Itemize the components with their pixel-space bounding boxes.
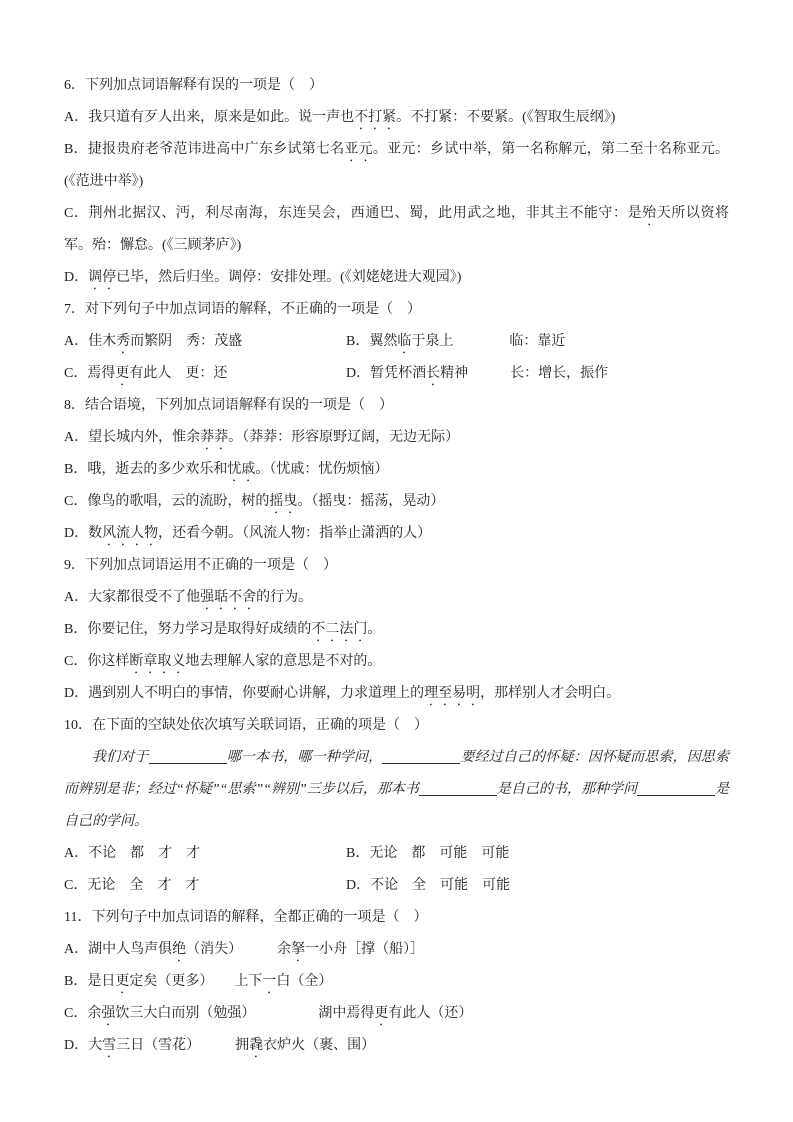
text-run: 要经过自己的怀疑：因怀疑而思索，因思索 xyxy=(460,750,729,765)
emphasized-text: 殆 xyxy=(642,206,657,221)
text-run: B．无论 都 可能 可能 xyxy=(346,846,509,861)
text-run: 8．结合语境，下列加点词语解释有误的一项是（ ） xyxy=(64,398,393,413)
q10-options-cd-left: C．无论 全 才 才 xyxy=(64,870,346,902)
q8-option-b: B．哦，逝去的多少欢乐和忧戚。（忧戚：忧伤烦恼） xyxy=(64,454,729,486)
text-run: 有此人 更：还 xyxy=(129,366,227,381)
text-run: B．你要记住，努力学习是取得好成绩的 xyxy=(64,622,311,637)
q8-option-a: A．望长城内外，惟余莽莽。（莽莽：形容原野辽阔，无边无际） xyxy=(64,422,729,454)
text-run: D．遇到别人不明白的事情，你要耐心讲解，力求道理上的 xyxy=(64,686,424,701)
q7-options-cd: C．焉得更有此人 更：还D．暂凭杯酒长精神 长：增长，振作 xyxy=(64,358,729,390)
emphasized-text: 理至易明 xyxy=(424,686,480,701)
emphasized-text: 风流人物 xyxy=(102,526,158,541)
text-run: C．焉得 xyxy=(64,366,115,381)
text-run: 三日（雪花） 拥 xyxy=(116,1038,249,1053)
text-run: 。（莽莽：形容原野辽阔，无边无际） xyxy=(228,430,459,445)
emphasized-text: 莽莽 xyxy=(200,430,228,445)
document-page: 6．下列加点词语解释有误的一项是（ ）A．我只道有歹人出来，原来是如此。说一声也… xyxy=(0,0,793,1122)
text-run: 已毕，然后归坐。调停：安排处理。(《刘姥姥进大观园》) xyxy=(116,270,461,285)
q8-option-c: C．像鸟的歌唱，云的流盼，树的摇曳。（摇曳：摇荡，晃动） xyxy=(64,486,729,518)
question-11-title: 11．下列句子中加点词语的解释，全都正确的一项是（ ） xyxy=(64,902,729,934)
text-run: 。（忧戚：忧伤烦恼） xyxy=(255,462,388,477)
text-run: ，还看今朝。（风流人物：指举止潇洒的人） xyxy=(158,526,431,541)
text-run: 。不打紧：不要紧。(《智取生辰纲》) xyxy=(396,110,615,125)
emphasized-text: 更 xyxy=(374,1006,388,1021)
text-run: 定矣（更多） 上下 xyxy=(129,974,262,989)
question-9-title: 9．下列加点词语运用不正确的一项是（ ） xyxy=(64,550,729,582)
text-run: 10．在下面的空缺处依次填写关联词语，正确的项是（ ） xyxy=(64,718,428,733)
emphasized-text: 不二法门 xyxy=(311,622,367,637)
q8-option-d: D．数风流人物，还看今朝。（风流人物：指举止潇洒的人） xyxy=(64,518,729,550)
text-run: C．余 xyxy=(64,1006,101,1021)
fill-in-blank xyxy=(382,761,460,764)
q7-options-ab: A．佳木秀而繁阴 秀：茂盛B．翼然临于泉上 临：靠近 xyxy=(64,326,729,358)
text-run: 9．下列加点词语运用不正确的一项是（ ） xyxy=(64,558,337,573)
emphasized-text: 强 xyxy=(101,1006,115,1021)
q6-option-c-line1: C．荆州北据汉、沔，利尽南海，东连吴会，西通巴、蜀，此用武之地，非其主不能守：是… xyxy=(64,198,729,230)
emphasized-text: 摇曳 xyxy=(269,494,297,509)
emphasized-text: 秀 xyxy=(116,334,130,349)
emphasized-text: 亚元 xyxy=(344,142,373,157)
text-run: 地去理解人家的意思是不对的。 xyxy=(185,654,381,669)
q9-option-c: C．你这样断章取义地去理解人家的意思是不对的。 xyxy=(64,646,729,678)
q10-passage-line1: 我们对于哪一本书，哪一种学问，要经过自己的怀疑：因怀疑而思索，因思索 xyxy=(64,742,729,774)
emphasized-text: 临 xyxy=(397,334,411,349)
text-run: B．翼然 xyxy=(346,334,397,349)
q7-options-ab-right: B．翼然临于泉上 临：靠近 xyxy=(346,326,565,358)
text-run: 天所以资将 xyxy=(657,206,729,221)
q11-option-a: A．湖中人鸟声俱绝（消失） 余拏一小舟［撑（船）］ xyxy=(64,934,729,966)
text-run: A．佳木 xyxy=(64,334,116,349)
q10-passage-line2: 而辨别是非；经过“怀疑”“思索”“辨别”三步以后，那本书是自己的书，那种学问是 xyxy=(64,774,729,806)
text-run: 的行为。 xyxy=(256,590,312,605)
q6-option-b-line2: (《范进中举》) xyxy=(64,166,729,198)
text-run: A．湖中人鸟声俱 xyxy=(64,942,172,957)
q11-option-d: D．大雪三日（雪花） 拥毳衣炉火（裹、围） xyxy=(64,1030,729,1062)
emphasized-text: 一 xyxy=(262,974,276,989)
text-run: 饮三大白而别（勉强） 湖中焉得 xyxy=(115,1006,374,1021)
text-run: C．荆州北据汉、沔，利尽南海，东连吴会，西通巴、蜀，此用武之地，非其主不能守：是 xyxy=(64,206,642,221)
text-run: 6．下列加点词语解释有误的一项是（ ） xyxy=(64,78,323,93)
text-run: A．不论 都 才 才 xyxy=(64,846,200,861)
emphasized-text: 长 xyxy=(426,366,440,381)
q6-option-a: A．我只道有歹人出来，原来是如此。说一声也不打紧。不打紧：不要紧。(《智取生辰纲… xyxy=(64,102,729,134)
q7-options-ab-left: A．佳木秀而繁阴 秀：茂盛 xyxy=(64,326,346,358)
text-run: A．我只道有歹人出来，原来是如此。说一声也 xyxy=(64,110,354,125)
question-6-title: 6．下列加点词语解释有误的一项是（ ） xyxy=(64,70,729,102)
text-run: D． xyxy=(64,270,88,285)
emphasized-text: 强聒不舍 xyxy=(200,590,256,605)
text-run: 是自己的书，那种学问 xyxy=(497,782,637,797)
emphasized-text: 更 xyxy=(115,366,129,381)
text-run: D．暂凭杯酒 xyxy=(346,366,426,381)
q9-option-a: A．大家都很受不了他强聒不舍的行为。 xyxy=(64,582,729,614)
text-run: D．数 xyxy=(64,526,102,541)
q9-option-d: D．遇到别人不明白的事情，你要耐心讲解，力求道理上的理至易明，那样别人才会明白。 xyxy=(64,678,729,710)
q7-options-cd-right: D．暂凭杯酒长精神 长：增长，振作 xyxy=(346,358,608,390)
text-run: 哪一本书，哪一种学问， xyxy=(227,750,383,765)
text-run: 。 xyxy=(367,622,381,637)
text-run: 军。殆：懈怠。(《三顾茅庐》) xyxy=(64,238,241,253)
text-run: 。亚元：乡试中举，第一名称解元，第二至十名称亚元。 xyxy=(373,142,729,157)
text-run: 。（摇曳：摇荡，晃动） xyxy=(297,494,444,509)
text-run: （消失） 余 xyxy=(186,942,291,957)
q7-options-cd-left: C．焉得更有此人 更：还 xyxy=(64,358,346,390)
question-7-title: 7．对下列句子中加点词语的解释，不正确的一项是（ ） xyxy=(64,294,729,326)
text-run: D．不论 全 可能 可能 xyxy=(346,878,510,893)
q10-options-cd-right: D．不论 全 可能 可能 xyxy=(346,870,510,902)
fill-in-blank xyxy=(637,793,715,796)
q10-options-ab-right: B．无论 都 可能 可能 xyxy=(346,838,509,870)
text-run: 而辨别是非；经过“怀疑”“思索”“辨别”三步以后，那本书 xyxy=(64,782,419,797)
emphasized-text: 雪 xyxy=(102,1038,116,1053)
text-run: (《范进中举》) xyxy=(64,174,143,189)
emphasized-text: 忧戚 xyxy=(227,462,255,477)
q11-option-c: C．余强饮三大白而别（勉强） 湖中焉得更有此人（还） xyxy=(64,998,729,1030)
emphasized-text: 断章取义 xyxy=(129,654,185,669)
text-run: ，那样别人才会明白。 xyxy=(480,686,620,701)
text-run: C．你这样 xyxy=(64,654,129,669)
text-run: 11．下列句子中加点词语的解释，全都正确的一项是（ ） xyxy=(64,910,427,925)
q11-option-b: B．是日更定矣（更多） 上下一白（全） xyxy=(64,966,729,998)
text-run: 是 xyxy=(715,782,729,797)
emphasized-text: 不打紧 xyxy=(354,110,396,125)
text-run: 7．对下列句子中加点词语的解释，不正确的一项是（ ） xyxy=(64,302,421,317)
emphasized-text: 更 xyxy=(115,974,129,989)
q6-option-d: D．调停已毕，然后归坐。调停：安排处理。(《刘姥姥进大观园》) xyxy=(64,262,729,294)
q10-passage-line3: 自己的学问。 xyxy=(64,806,729,838)
text-run: B．是日 xyxy=(64,974,115,989)
text-run: B．哦，逝去的多少欢乐和 xyxy=(64,462,227,477)
q9-option-b: B．你要记住，努力学习是取得好成绩的不二法门。 xyxy=(64,614,729,646)
text-run: A．望长城内外，惟余 xyxy=(64,430,200,445)
text-run: 而繁阴 秀：茂盛 xyxy=(130,334,242,349)
text-run: D．大 xyxy=(64,1038,102,1053)
question-8-title: 8．结合语境，下列加点词语解释有误的一项是（ ） xyxy=(64,390,729,422)
q6-option-c-line2: 军。殆：懈怠。(《三顾茅庐》) xyxy=(64,230,729,262)
text-run: 白（全） xyxy=(276,974,332,989)
text-run: 我们对于 xyxy=(92,750,149,765)
fill-in-blank xyxy=(149,761,227,764)
text-run: 有此人（还） xyxy=(388,1006,472,1021)
q6-option-b-line1: B．捷报贵府老爷范讳进高中广东乡试第七名亚元。亚元：乡试中举，第一名称解元，第二… xyxy=(64,134,729,166)
text-run: 衣炉火（裹、围） xyxy=(263,1038,375,1053)
emphasized-text: 绝 xyxy=(172,942,186,957)
text-run: 于泉上 临：靠近 xyxy=(411,334,565,349)
emphasized-text: 拏 xyxy=(291,942,305,957)
text-run: B．捷报贵府老爷范讳进高中广东乡试第七名 xyxy=(64,142,344,157)
text-run: C．像鸟的歌唱，云的流盼，树的 xyxy=(64,494,269,509)
fill-in-blank xyxy=(419,793,497,796)
text-run: A．大家都很受不了他 xyxy=(64,590,200,605)
q10-options-ab: A．不论 都 才 才B．无论 都 可能 可能 xyxy=(64,838,729,870)
text-run: 自己的学问。 xyxy=(64,814,148,829)
q10-options-ab-left: A．不论 都 才 才 xyxy=(64,838,346,870)
emphasized-text: 毳 xyxy=(249,1038,263,1053)
text-run: 精神 长：增长，振作 xyxy=(440,366,608,381)
text-run: C．无论 全 才 才 xyxy=(64,878,199,893)
question-10-title: 10．在下面的空缺处依次填写关联词语，正确的项是（ ） xyxy=(64,710,729,742)
text-run: 一小舟［撑（船）］ xyxy=(305,942,424,957)
q10-options-cd: C．无论 全 才 才D．不论 全 可能 可能 xyxy=(64,870,729,902)
emphasized-text: 调停 xyxy=(88,270,116,285)
